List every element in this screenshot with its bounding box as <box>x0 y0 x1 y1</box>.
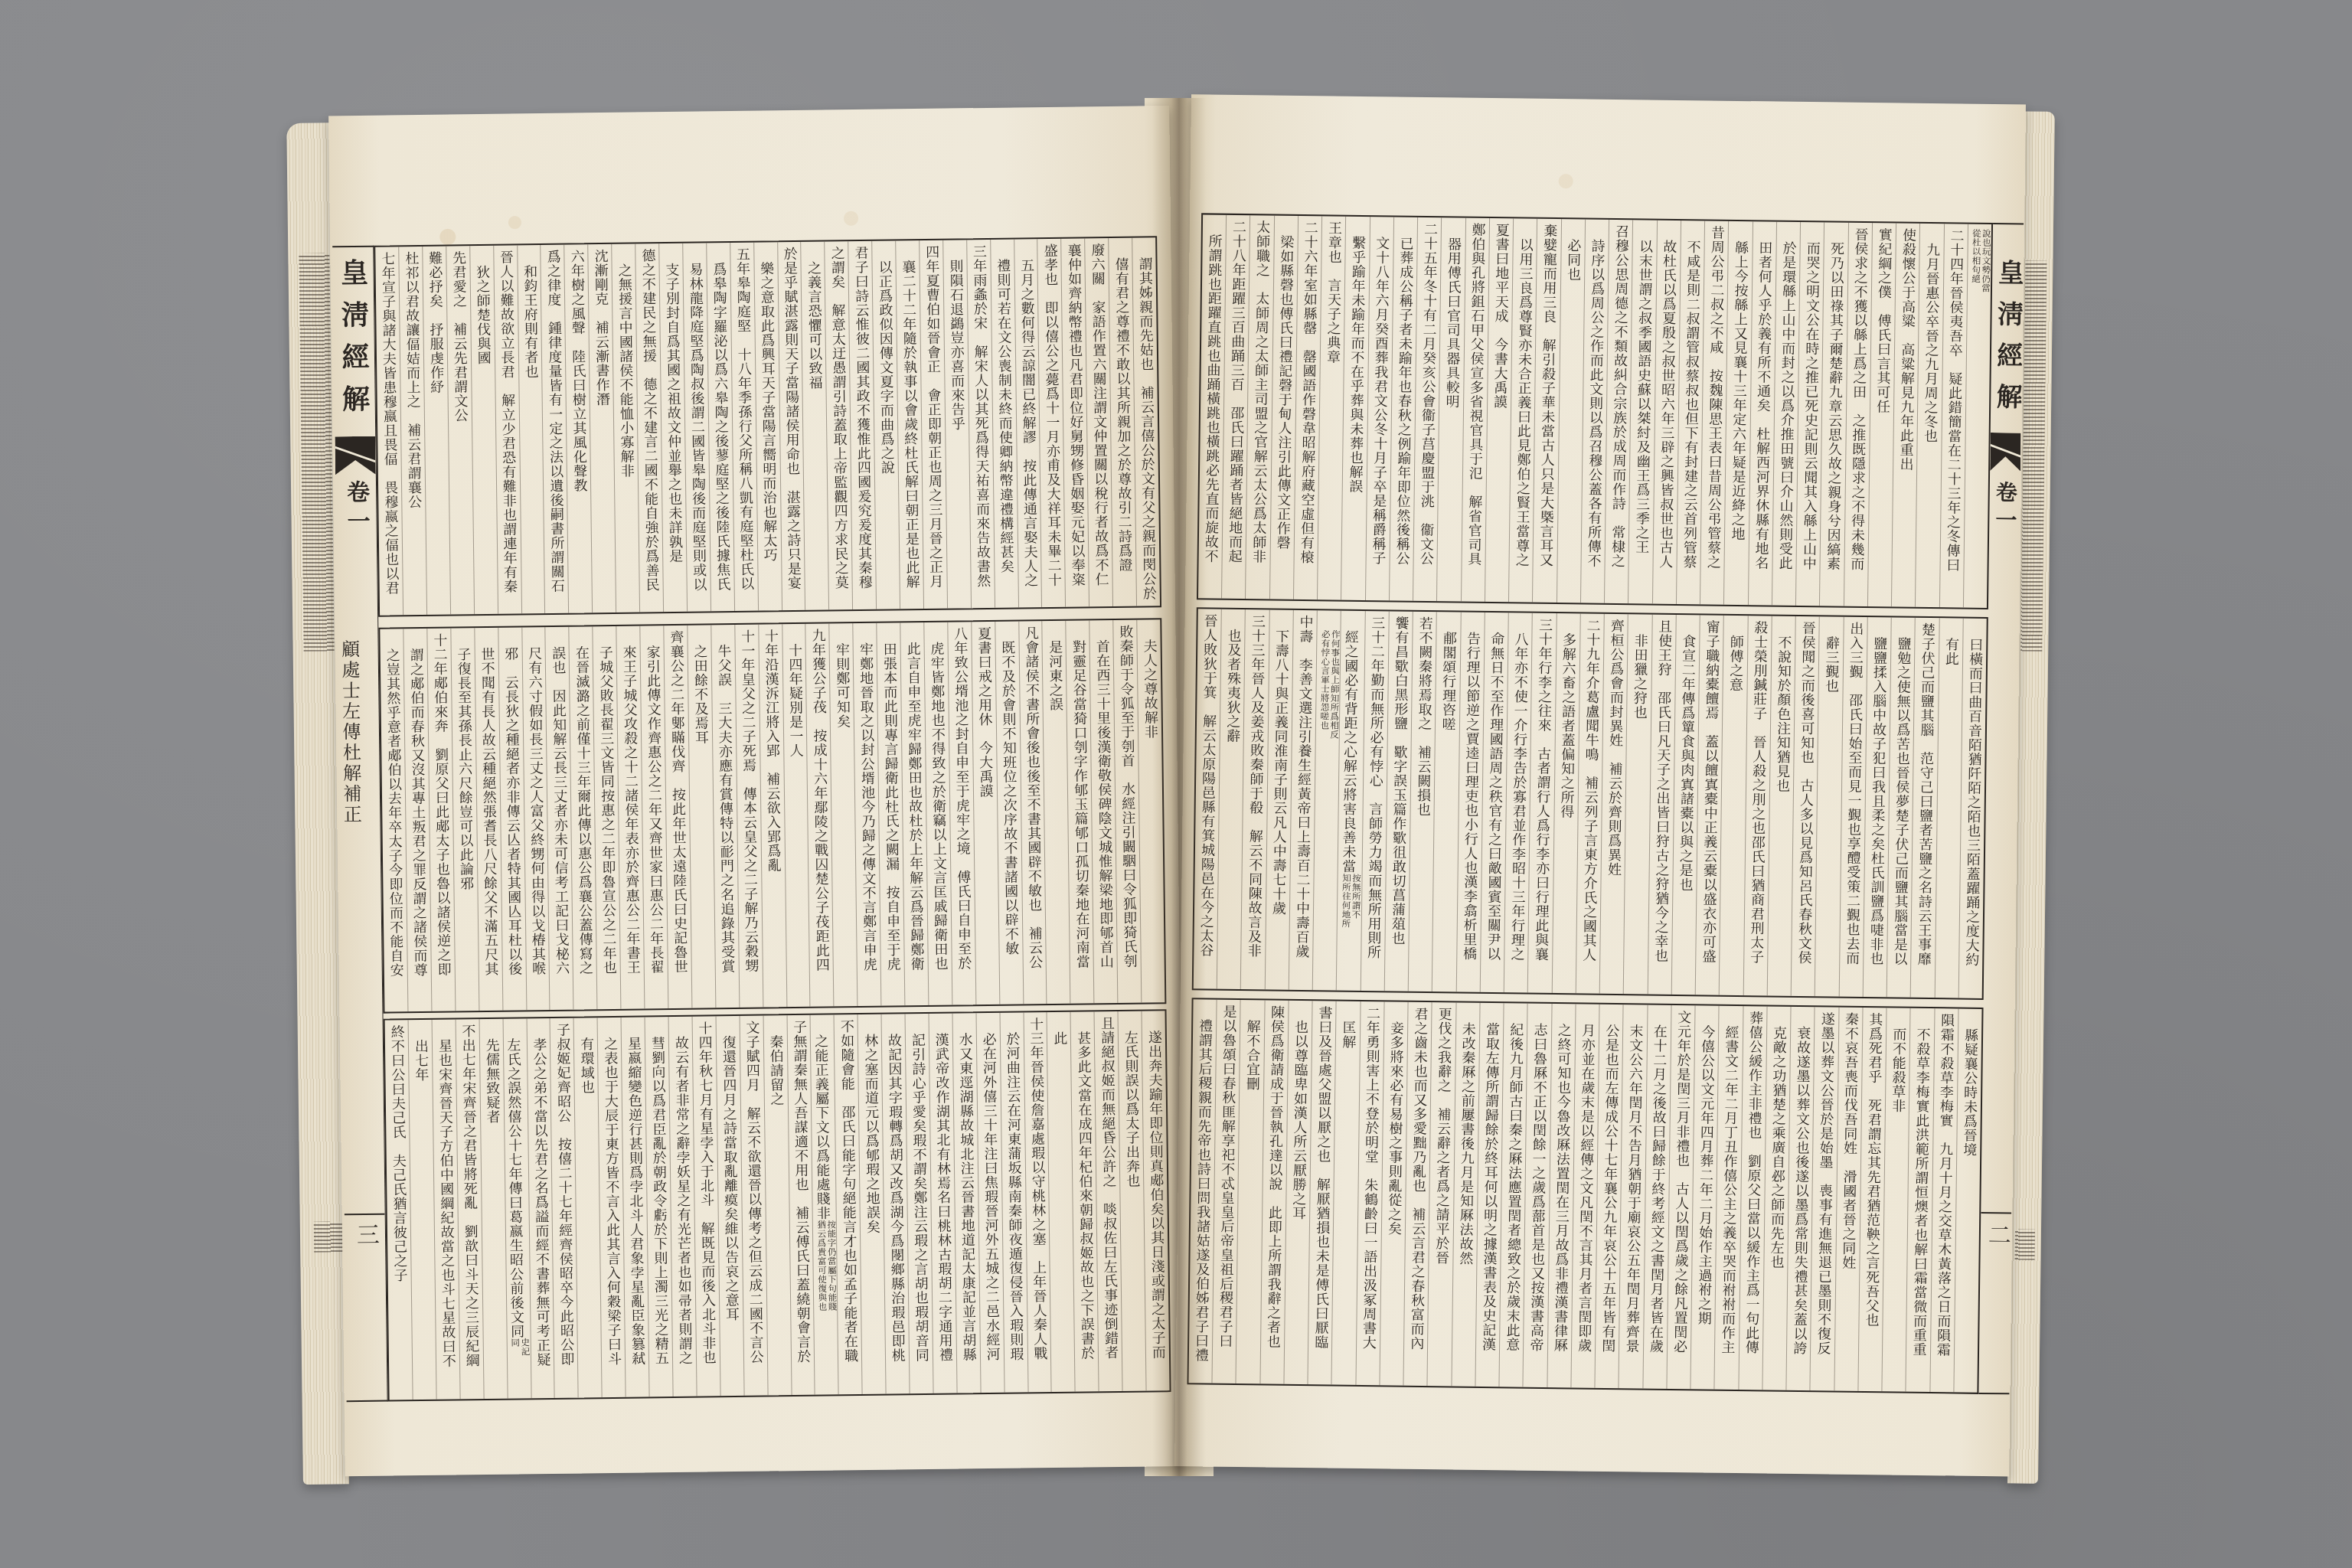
column-text: 而哭之明文公在時之推已死史記則云聞其入緜上山中 <box>1801 241 1821 570</box>
column-text: 於河曲注云在河東蒲坂縣南秦師夜遁復侵晉入瑕則瑕 <box>1004 1031 1024 1361</box>
note-line: 猶云爲貴富可使復與也 <box>816 1220 827 1311</box>
interlinear-note: 作何事也與上師知所爲相反必有悖心言軍士將怨嗟也 <box>1319 629 1341 739</box>
column-text: 二年勇則害上不登於明堂 朱鶴齡曰一語出汲冢周書大 <box>1361 1006 1380 1350</box>
column-text: 有此 <box>1943 637 1959 666</box>
interlinear-note: 說也玩文勢仍當從杜以相句絕 <box>1971 229 1991 293</box>
column-text: 對靈足谷當猗口刳字作郇玉篇郇口孤切秦地在河南當 <box>1070 639 1090 969</box>
column-text: 十四年秋七月有星孛入于北斗 解既見而後入北斗非也 <box>696 1021 716 1364</box>
interlinear-note: 按能字仍當屬下句能賤猶云爲貴富可使復與也 <box>816 1220 837 1311</box>
column-text: 故杜氏以爲夏殷之叔世昭六年三辟之興皆叔世也古人 <box>1657 239 1677 568</box>
column-text: 鄭伯與孔將鉏石甲父侯宣多省視官具于氾 解省官司具 <box>1465 223 1485 567</box>
column-text: 二十六年室如縣罄 罄國語作磬韋昭解府藏空虛但有榱 <box>1298 220 1318 564</box>
column-text: 告行理以節逆之賈逵曰理吏也小行人也漢李翕析里橋 <box>1461 631 1481 960</box>
column-text: 故記因其字瑕轉爲胡又改爲湖今爲閿鄉縣治瑕邑即桃 <box>886 1033 906 1362</box>
column-text: 先儒無致疑者 <box>483 1037 500 1123</box>
column-text: 盛孝也 即以僖公之薨爲十一月亦甫及大祥耳未畢二十 <box>1042 243 1062 587</box>
column-text: 出七年 <box>413 1039 430 1082</box>
column-text: 之無援言中國諸侯不能恤小寡解非 <box>616 263 635 478</box>
column-text: 饗有昌歜白黑形鹽 歜字誤玉篇作歜徂敢切菖蒲葅也 <box>1389 616 1409 945</box>
page-section-bottom: 縣疑襄公時未爲晉境隕霜不殺草李梅實 九月十月之交草木黃落之日而隕霜不殺草李梅實此… <box>1187 998 1983 1394</box>
column-text: 八年亦不使一介行李告於寡君並作李昭十三年行理之 <box>1508 632 1528 961</box>
volume-label: 卷一 <box>340 480 371 538</box>
column-text: 難必抒矣 抒服虔作紓 <box>426 251 444 394</box>
column-text: 也及者殊夷狄之辭 <box>1224 628 1242 743</box>
column-text: 五月之數何得云諒闇已終解謬 按此傳通言娶夫人之 <box>1018 258 1038 587</box>
column-text: 家引此傳文作齊惠公之二年又齊世家曰惠公二年長翟 <box>645 645 665 974</box>
column-text: 使殺懷公于高粱 高粱解見九年此重出 <box>1897 228 1916 472</box>
column-text: 田張本而此則專言歸衛此杜氏之闕漏 按自申至于虎 <box>881 642 901 971</box>
column-text: 凡會諸侯不書所會後也後至不書其國辟不敏也 補云公 <box>1023 626 1043 969</box>
column-text: 牢則鄭可知矣 <box>834 642 851 728</box>
column-text: 昔周公弔二叔之不咸 按魏陳思王表曰昔周公弔管蔡之 <box>1705 225 1725 569</box>
column-text: 君子曰詩云惟彼二國其政不獲惟此四國爰究爰度其秦穆 <box>852 246 872 590</box>
column-text: 支子別封自爲其國之祖故文仲並舉之也未詳孰是 <box>663 263 683 563</box>
column-text: 襄二十二年隨於執事以會歲終杜氏解曰朝正是也此解 <box>900 260 920 589</box>
fold-divider <box>345 1214 385 1216</box>
column-text: 四年夏曹伯如晉會正 會正即朝正也周之三月晉之正月 <box>923 245 943 589</box>
column-text: 君之齒未也而又多愛黜乃亂也 補云言君之春秋富而內 <box>1408 1007 1428 1351</box>
column-text: 之終可知也今魯改厤法置閏在三月故爲非禮漢書律厤 <box>1552 1023 1572 1352</box>
column-text: 田者何人乎於義有所不通矣 杜解西河界休縣有地名 <box>1753 240 1772 570</box>
column-text: 誤也 因此知解云長三丈者亦未可信考工記曰戈柲六 <box>550 645 570 975</box>
column-text: 彗劉向以爲君臣亂於朝政令虧於下則上濁三光之精五 <box>649 1036 669 1365</box>
column-text: 記引詩心乎愛矣瑕不謂矣鄭注云瑕之言胡也瑕胡音同 <box>910 1033 929 1362</box>
column-text: 敗秦師于令狐至于刳首 水經注引闞駰曰令狐即猗氏刳 <box>1117 625 1137 969</box>
column-text: 當取左傳所謂歸餘於終耳何以明之據漢書表及史記漢 <box>1480 1022 1500 1351</box>
column-text: 孝公之弟不當以先君之名爲謚而經不書葬無可考正疑 <box>531 1037 550 1367</box>
column-text: 禮則可若在文公喪制未終而使卿納幣違禮構經甚矣 <box>995 258 1014 573</box>
column-text: 辭三覲也 <box>1823 635 1840 693</box>
column-text: 既不及於會則不知班位之次序故不書諸國以辟不敏 <box>999 640 1019 955</box>
column-text: 詩序以爲周公之作而此文則以爲召穆公蓋各有所傳不 <box>1586 238 1606 567</box>
column-text: 五年皋陶庭堅 十八年季孫行父所稱八凱有庭堅杜氏以 <box>734 247 754 591</box>
column-text: 志曰魯厤不正以閏餘一之歲爲蔀首是也又按漢書高帝 <box>1528 1022 1548 1351</box>
column-text: 文子賦四月 解云不欲還晉以傳考之但云成二國不言公 <box>743 1021 763 1364</box>
column-text: 世不聞有長人故云種絕然張耆長八尺餘父不滿五尺其 <box>479 647 498 976</box>
column-text: 以正爲政似因傳文夏字而曲爲之說 <box>877 260 895 475</box>
column-text: 不殺草李梅實此洪範所謂恒燠者也解曰霜當微而重重 <box>1910 1027 1930 1357</box>
column-text: 晉人敗狄于箕 解云太原陽邑縣有箕城陽邑在今之太谷 <box>1197 613 1217 957</box>
column-text: 有環域也 <box>578 1037 595 1094</box>
note-line: 必有悖心言軍士將怨嗟也 <box>1319 629 1331 739</box>
column-text: 遂墨以葬文公晉於是始墨 喪事有進無退已墨則不復反 <box>1815 1011 1834 1355</box>
column-text: 經書文二年二月丁丑作僖公主之義卒哭而祔祔而作主 <box>1719 1024 1739 1354</box>
column-text: 於是乎賦湛露則天子當陽諸侯用命也 湛露之詩只是宴 <box>782 247 802 590</box>
column-text: 先君愛之 補云先君謂文公 <box>450 250 469 423</box>
column-text: 鹽勉之使無以爲苦也晉侯夢楚子伏己而鹽其腦當是以 <box>1891 636 1911 965</box>
column-text: 二十五年冬十有二月癸亥公會衞子莒慶盟于洮 衞文公 <box>1418 222 1438 566</box>
column-text: 牛父誤 三大夫亦應有賞傳特以耏門之名追錄其受賞 <box>715 644 735 973</box>
page-section-bottom: 遂出奔夫踰年即位則真郕伯矣以其日淺或謂之太子而左氏則誤以爲太子出奔也且請絕叔姬而… <box>384 1009 1171 1401</box>
column-text: 文元年於是閏三月非禮也 古人以閏爲歲之餘凡置閏必 <box>1671 1010 1691 1354</box>
column-text: 之能正義屬下文以爲能處賤非 <box>812 1034 831 1220</box>
column-text: 甚多此文當在成四年杞伯來朝歸叔姬故也之下誤書於 <box>1075 1031 1095 1360</box>
column-text: 殺士榮刖鍼莊子 晉人殺之刖之也邵氏曰猶商君刑太子 <box>1748 620 1768 964</box>
column-text: 遂出奔夫踰年即位則真郕伯矣以其日淺或謂之太子而 <box>1146 1030 1166 1359</box>
column-text: 秦不哀吾喪而伐吾同姓 滑國者晉之同姓 <box>1840 1012 1859 1270</box>
column-text: 下壽八十與正義同淮南子則云凡人中壽七十歲 <box>1270 629 1290 915</box>
column-text: 星也宋齊晉天子方伯中國綱紀故當之也斗七星故曰不 <box>436 1038 456 1367</box>
column-text: 命無日不至作理國語周之秩官有之曰敵國賓至關尹以 <box>1485 632 1504 961</box>
column-text: 文十八年六月癸酉葬我君文公冬十月子卒是稱爵稱子 <box>1370 236 1390 565</box>
column-text: 出入三覲 邵氏曰始至而見一覲也享醴受策二覲也去而 <box>1844 622 1864 965</box>
text-column: 說也玩文勢仍當從杜以相句絕 <box>1963 224 1991 608</box>
column-text: 且請絕叔姬而無絕昏公許之 啖叔佐曰左氏事迹倒錯者 <box>1099 1016 1119 1360</box>
column-text: 中壽 李善文選注引養生經黃帝曰上壽百二十中壽百歲 <box>1293 615 1313 959</box>
column-text: 書曰及晉處父盟以厭之也 解厭猶損也未是傅氏曰厭臨 <box>1312 1005 1332 1349</box>
column-text: 終不曰公曰夫己氏 夫己氏猶言彼己之子 <box>389 1024 408 1282</box>
column-text: 不說知於顏色注知猶見也 <box>1774 635 1792 792</box>
text-column: 曰橫而曰曲百音陌猶阡陌之陌也三陌蓋躍踊之度大約 <box>1958 619 1986 998</box>
note-line: 同 <box>510 1338 520 1357</box>
column-text: 德之不建民之無援 德之不建言二國不能自強於爲善民 <box>639 248 659 592</box>
page-section-top: 說也玩文勢仍當從杜以相句絕二十四年晉侯夷吾卒 疑此錯簡當在二十三年之冬傳曰九月晉… <box>1197 213 1993 609</box>
column-text: 隕霜不殺草李梅實 九月十月之交草木黃落之日而隕霜 <box>1935 1013 1955 1357</box>
column-text: 未改秦厤之前屢書後九月是知厤法故然 <box>1457 1021 1476 1265</box>
note-line: 按無所謂不 <box>1351 873 1361 928</box>
column-text: 太師職之 太師周之太師主司盟之官解云太公爲太師非 <box>1250 220 1270 563</box>
column-text: 以用三良爲尊賢亦未合正義曰此見鄭伯之賢王當尊之 <box>1514 237 1534 567</box>
column-text: 水又東逕湖縣故城北注云晉書地道記太康記並言胡縣 <box>957 1032 977 1361</box>
column-text: 左氏則誤以爲太子出奔也 <box>1122 1030 1141 1187</box>
column-text: 妾多將來必有易樹之事則亂從之矣 <box>1386 1021 1404 1236</box>
column-text: 葬僖公緩作主非禮也 劉原父曰當以緩作主爲一句此傳 <box>1743 1011 1763 1354</box>
fish-tail-ornament-icon <box>335 436 376 475</box>
column-text: 晉侯聞之而後喜可知也 古人多以見爲知呂氏春秋文侯 <box>1795 621 1815 965</box>
column-text: 非田獵之狩也 <box>1632 633 1648 719</box>
column-text: 在十二月之後故曰歸餘于終考經文之書閏月者皆在歲 <box>1648 1024 1668 1353</box>
page-edge-ghost-print <box>314 1221 343 1252</box>
text-column: 夫人之尊故解非 <box>1136 619 1165 1002</box>
column-text: 之田餘不及焉耳 <box>691 644 709 744</box>
column-text: 食宣二年傳爲簞食與肉寘諸橐以與之是也 <box>1677 634 1696 892</box>
column-text: 襄仲如齊納幣禮也凡君即位好舅甥修昏姻娶元妃以奉粢 <box>1066 243 1086 586</box>
column-text: 牢鄭地晉取之以封公壻池今乃歸之傳文不言鄭言申虎 <box>857 642 877 971</box>
column-text: 邪 云長狄之種絕者亦非傳云亾者特其國亾耳杜以後 <box>502 646 522 975</box>
column-text: 三十三年晉人及姜戎敗秦師于殽 解云不同陳故言及非 <box>1246 614 1266 958</box>
column-text: 沈漸剛克 補云漸書作潛 <box>592 249 610 407</box>
column-text: 楚子伏己而鹽其腦 范守己曰鹽者苦鹽之名詩云王事靡 <box>1916 622 1935 966</box>
column-text: 此言自申至虎牢歸鄭田也故杜於上年解云爲晉歸鄭衛 <box>905 642 925 971</box>
column-text: 林之塞而道元以爲郇瑕之地誤矣 <box>862 1033 880 1233</box>
column-text: 不出七年宋齊晉之君皆將死亂 劉歆曰斗天之三辰紀綱 <box>459 1024 479 1367</box>
column-text: 也以尊臨卑如漢人所云厭勝之耳 <box>1290 1020 1308 1220</box>
column-text: 七年宣子與諸大夫皆患穆嬴且畏偪 畏穆嬴之偪也以君 <box>379 251 399 595</box>
column-text: 十三年晉侯使詹嘉處瑕以守桃林之塞 上年晉人秦人戰 <box>1027 1017 1047 1361</box>
column-text: 實紀綱之僕 傅氏曰言其可任 <box>1874 227 1893 413</box>
volume-label: 卷一 <box>1991 481 2019 536</box>
interlinear-note: 按無所謂不知所往何地所 <box>1341 873 1361 928</box>
page-number: 三 <box>352 1223 378 1246</box>
column-text: 尺有六寸假如長三丈之人富父終甥何由得以戈椿其喉 <box>526 646 546 975</box>
column-text: 公是也而左傳成公十七年襄公九年哀公十五年皆有閏 <box>1599 1024 1619 1353</box>
column-text: 八年致公壻池之封自申至于虎牢之境 傅氏曰自申至於 <box>952 626 972 970</box>
column-text: 夏書曰戒之用休 今大禹謨 <box>975 626 994 799</box>
column-text: 之表也于大辰于東方皆不言入此其言入何穀梁子曰斗 <box>602 1037 622 1366</box>
column-text: 謂其姊親而先姑也 補云言僖公於文有父之親而閔公於 <box>1136 256 1156 600</box>
column-text: 死乃以田祿其子爾楚辭九章云思久故之親身兮因縞素 <box>1824 241 1844 570</box>
column-text: 不咸是則二叔謂管叔蔡叔也但下有封建之云首列管蔡 <box>1681 240 1701 569</box>
column-text: 棄嬖寵而用三良 解引殺子華未當古人只是大槩言耳又 <box>1537 224 1557 567</box>
page-edge-ghost-print <box>2020 261 2047 652</box>
column-text: 器用傅氏曰官司具器具較明 <box>1444 237 1462 409</box>
column-text: 不如隨會能 邵氏曰能字句絕能言才也如孟子能者在職 <box>838 1019 858 1363</box>
column-text: 二十四年晉侯夷吾卒 疑此錯簡當在二十三年之冬傳曰 <box>1944 228 1964 572</box>
column-text: 之豈其然乎意者郕伯以去年卒太子今即位而不能自安 <box>384 648 404 977</box>
collection-title: 皇淸經解 <box>334 258 373 427</box>
column-text: 秦伯請留之 <box>767 1034 784 1106</box>
left-page: 皇淸經解 卷一 顧處士左傳杜解補正 三 謂其姊親而先姑也 補云言僖公於文有父之親… <box>283 102 1187 1487</box>
column-text: 之謂矣 解意太迂愚謂引詩蓋取上帝監觀四方求民之莫 <box>828 246 848 590</box>
column-text: 則隕石退鷁豈亦喜而來告乎 <box>947 259 965 431</box>
column-text: 夏書曰地平天成 今書大禹謨 <box>1491 223 1510 409</box>
column-text: 三十年行李之往來 古者謂行人爲行李亦曰行理此與襄 <box>1533 618 1553 962</box>
column-text: 陳侯爲衛請成于晉執孔達以說 此即上所謂我辭之者也 <box>1265 1005 1285 1349</box>
column-text: 十一年皇父之二子死焉 傳本云皇父之二子解乃云穀甥 <box>739 629 759 973</box>
column-text: 復還晉四月之詩當取亂離瘼矣維以告哀之意耳 <box>720 1035 740 1321</box>
column-text: 十二年郕伯來奔 劉原父曰此郕太子也魯以諸侯逆之即 <box>431 633 451 977</box>
page-number: 二 <box>1984 1223 2010 1246</box>
column-text: 故云有者非常之辭孛妖星之有光芒者也如帚者則謂之 <box>673 1035 693 1364</box>
column-text: 其爲死君乎 死君謂忘其先君猶范鞅之言死吾父也 <box>1863 1012 1883 1328</box>
column-text: 所謂跳也距躍直跳也曲踊橫跳也橫跳必先直而旋故不 <box>1203 234 1223 563</box>
column-text: 梁如縣磬也傅氏曰禮記磬于甸人注引此傳文正作磬 <box>1275 234 1295 550</box>
column-text: 衰故遂墨以葬文公也後遂以墨爲常則失禮甚矣蓋以誇 <box>1791 1026 1811 1355</box>
page-edge-ghost-print <box>299 253 334 651</box>
column-text: 經之國必有背距之心解云將害良善未當 <box>1340 629 1359 873</box>
column-text: 子城父敗長翟三文皆同按惠之二年即魯宣公之二年也 <box>597 645 617 975</box>
note-line: 說也玩文勢仍當 <box>1981 229 1991 292</box>
column-text: 謂之郕伯而春秋又沒其專土叛君之罪反謂之諸侯而尊 <box>408 648 428 977</box>
column-text: 子復長至其孫長止六尺餘豈可以此論邪 <box>455 647 474 890</box>
column-text: 和鈞王府則有者也 <box>521 264 539 379</box>
column-text: 必同也 <box>1565 238 1582 281</box>
text-column: 謂其姊親而先姑也 補云言僖公於文有父之親而閔公於 <box>1132 237 1160 606</box>
column-text: 必在河外僖三十年注曰焦瑕晉河外五城之二邑水經河 <box>980 1032 1000 1361</box>
column-text: 狄之師楚伐與國 <box>474 265 492 365</box>
column-text: 之義言恐懼可以致福 <box>805 260 823 390</box>
column-text: 若不闕秦將焉取之 補云闕損也 <box>1415 616 1433 817</box>
fold-divider <box>1981 1212 2011 1214</box>
column-text: 三年雨螽於宋 解宋人以其死爲得天祐喜而來告故書然 <box>971 244 991 588</box>
column-text: 而不能殺草非 <box>1890 1027 1906 1112</box>
column-text: 在晉滅潞之前僅十三年爾此傳以惠公爲襄公蓋傳寫之 <box>573 645 593 975</box>
column-text: 晉人以難故欲立長君 解立少君恐有難非也謂連年有秦 <box>498 250 518 593</box>
column-text: 繫乎踰年未踰年而不在乎葬與未葬也解誤 <box>1347 235 1366 493</box>
column-text: 月亦並在歲末是以經傳之文凡閏不言其月者言閏即歲 <box>1576 1023 1596 1352</box>
page-section-middle: 夫人之尊故解非敗秦師于令狐至于刳首 水經注引闞駰曰令狐即猗氏刳首在西三十里後漢衛… <box>378 618 1166 1013</box>
page-section-middle: 曰橫而曰曲百音陌猶阡陌之陌也三陌蓋躍踊之度大約有此楚子伏己而鹽其腦 范守己曰鹽者… <box>1192 607 1988 1000</box>
column-text: 縣疑襄公時未爲晉境 <box>1961 1027 1978 1157</box>
column-text: 子叔姬妃齊昭公 按僖二十七年經齊侯昭卒今此昭公即 <box>554 1023 574 1367</box>
column-text: 鹽鹽揉入腦中故子犯曰我且柔之矣杜氏訓鹽爲啑非也 <box>1867 636 1887 965</box>
column-text: 廢六關 家語作置六關注謂文仲置關以稅行者故爲不仁 <box>1089 243 1109 586</box>
column-text: 虎牢皆鄭地也不得致之於衛竊以上文言匡戚歸衛田也 <box>928 641 948 970</box>
column-text: 末文公六年閏月不告月猶朝于廟哀公五年閏月葬齊景 <box>1623 1024 1643 1353</box>
note-line: 史記 <box>520 1338 530 1357</box>
column-text: 星嬴縮變色逆行甚則爲孛北斗人君象孛星亂臣象篡弒 <box>626 1036 645 1365</box>
column-text: 十四年疑別是一人 <box>786 643 804 758</box>
page-edge-ghost-print <box>2015 1229 2035 1259</box>
column-text: 召穆公思周德之不類故糾合宗族於成周而作詩 常棣之 <box>1609 224 1629 568</box>
column-text: 九年獲公子茷 按成十六年鄢陵之戰囚楚公子茷距此四 <box>810 629 830 972</box>
column-text: 曰橫而曰曲百音陌猶阡陌之陌也三陌蓋躍踊之度大約 <box>1963 637 1983 966</box>
column-text: 禮謂其后稷親而先帝也詩曰問我諸姑遂及伯姊君子曰禮 <box>1193 1018 1213 1362</box>
text-column: 遂出奔夫踰年即位則真郕伯矣以其日淺或謂之太子而 <box>1142 1011 1170 1390</box>
column-text: 易林龍降庭堅爲陶叔後謂二國皆皋陶後而庭堅則或以 <box>687 262 707 591</box>
text-column: 縣疑襄公時未爲晉境 <box>1953 1009 1981 1393</box>
column-text: 晉侯求之不獲以緜上爲之田 之推既隱求之不得未幾而 <box>1848 227 1868 571</box>
column-text: 杜祁以君故讓偪姞而上之 補云君謂襄公 <box>403 251 422 509</box>
note-line: 從杜以相句絕 <box>1971 229 1981 292</box>
column-text: 緜上今按緜上又見襄十三年定六年疑是近絳之地 <box>1729 240 1749 541</box>
column-text: 紀後九月師古曰秦之厤法應置閏者總致之於歲末此意 <box>1504 1022 1524 1351</box>
column-text: 十年沿漢泝江將入郢 補云欲入郢爲亂 <box>763 629 782 872</box>
column-text: 更伐之我辭之 補云辭之者爲之請平於晉 <box>1433 1007 1452 1265</box>
column-text: 是河東之誤 <box>1047 639 1063 711</box>
interlinear-note: 史記同 <box>510 1338 530 1357</box>
column-text: 解不合宜刪 <box>1244 1019 1261 1091</box>
column-text: 師傅之意 <box>1727 634 1744 691</box>
column-text: 來王子城父攻殺之十二諸侯年表亦於齊惠公二年書王 <box>621 645 641 974</box>
column-text: 此 <box>1051 1031 1067 1045</box>
column-text: 子無謂秦無人吾謀適不用也 補云傅氏曰蓋繞朝會言於 <box>791 1020 811 1364</box>
column-text: 首在西三十里後漢衛敬侯碑陰文城惟解梁地即郇首山 <box>1094 639 1114 969</box>
right-page: 說也玩文勢仍當從杜以相句絕二十四年晉侯夷吾卒 疑此錯簡當在二十三年之冬傳曰九月晉… <box>1171 90 2056 1487</box>
fish-tail-ornament-icon <box>1990 433 2021 471</box>
column-text: 已葬成公稱子者未踰年也春秋之例踰年即位然後稱公 <box>1394 236 1414 565</box>
column-text: 漢武帝改作湖其北有林焉名曰桃林古瑕胡二字通用禮 <box>933 1032 953 1361</box>
column-text: 甯子職納橐饘焉 蓋以饘寘橐中正義云橐以盛衣亦可盛 <box>1700 619 1720 963</box>
column-text: 二十九年介葛盧聞牛鳴 補云列子言東方介氏之國其人 <box>1580 619 1600 962</box>
column-text: 僖有君之尊禮不敢以其所親加之於尊故引二詩爲證 <box>1113 256 1133 572</box>
column-text: 六年樹之風聲 陸氏曰樹立其風化聲教 <box>569 249 588 492</box>
column-text: 今僖公以文元年四月葬二年二月始作主過祔之期 <box>1696 1024 1716 1325</box>
column-text: 齊襄公之二年鄋瞞伐齊 按此年世太遠陸氏曰史記魯世 <box>668 630 688 974</box>
column-text: 樂之意取此爲興耳天子當陽言嚮明而治也解太巧 <box>758 261 778 562</box>
column-text: 是以魯頌曰春秋匪解享祀不忒皇皇后帝皇祖后稷君子曰 <box>1217 1004 1236 1348</box>
column-text: 九月晉惠公卒晉之九月周之冬也 <box>1922 243 1940 443</box>
column-text: 郙閣頌行理咨嗟 <box>1439 631 1457 731</box>
column-text: 且使王狩 邵氏曰凡天子之出皆曰狩古之狩猶今之幸也 <box>1652 619 1672 963</box>
column-text: 匡解 <box>1340 1020 1356 1049</box>
work-title: 顧處士左傳杜解補正 <box>337 639 362 825</box>
column-text: 爲之律度 鍾律度量皆有一定之法以遺後嗣書所謂關石 <box>545 250 565 593</box>
column-text: 於是環緜上山中而封之以爲介推田號曰介山然則受此 <box>1777 240 1797 570</box>
collection-title: 皇淸經解 <box>1991 259 2024 424</box>
column-text: 王章也 言天子之典章 <box>1325 220 1342 364</box>
column-text: 爲皋陶字羅泌以爲六皋陶之後蓼庭堅之後陸氏據焦氏 <box>710 262 730 591</box>
page-section-top: 謂其姊親而先姑也 補云言僖公於文有父之親而閔公於僖有君之尊禮不敢以其所親加之於尊… <box>374 236 1161 616</box>
column-text: 以末世謂之叔季國語史蘇以桀紂及幽王爲三季之王 <box>1633 239 1653 554</box>
column-text: 三十二年勤而無所必有悖心 言師勞力竭而無所用則所 <box>1365 616 1385 959</box>
note-line: 知所往何地所 <box>1341 873 1351 928</box>
column-text: 二十八年距躍三百曲踊三百 邵氏曰躍踊者皆絕地而起 <box>1227 220 1246 563</box>
column-text: 齊桓公爲會而封異姓 補云於齊則爲異姓 <box>1606 619 1625 877</box>
column-text: 夫人之尊故解非 <box>1142 639 1159 739</box>
column-text: 克敵之功猶楚之乘廣自邲之師而先左也 <box>1768 1025 1787 1269</box>
column-text: 多解六畜之語者蓋偏知之所得 <box>1558 632 1576 818</box>
column-text: 左氏之誤然僖公十七年傳曰葛嬴生昭公前後文同 <box>505 1037 524 1338</box>
